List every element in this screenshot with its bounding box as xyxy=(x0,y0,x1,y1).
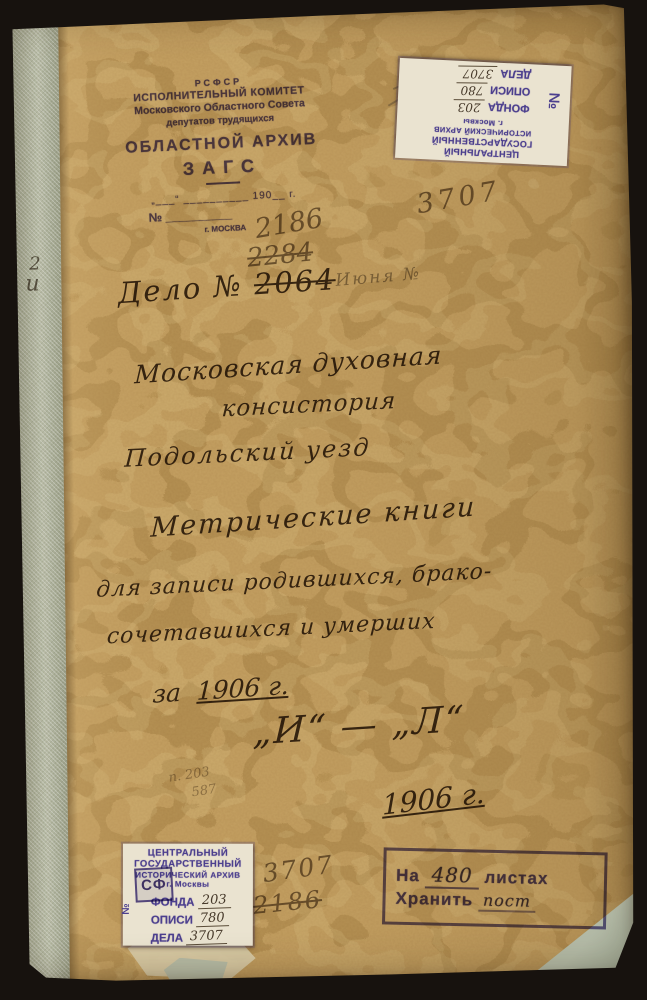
fonda-label: ФОНДА xyxy=(488,101,530,115)
sf-square-stamp: СФ xyxy=(134,867,174,903)
stamp-na: На xyxy=(396,866,420,886)
stamp-listah: листах xyxy=(484,868,548,888)
label-org-line: ЦЕНТРАЛЬНЫЙ xyxy=(123,848,253,860)
stamp-hranit: Хранить xyxy=(395,889,473,910)
keep-term-value: пост xyxy=(479,891,536,913)
delo-number-crossed: 2064 xyxy=(253,262,337,301)
archival-file-cover: 2 и РСФСР ИСПОЛНИТЕЛЬНЫЙ КОМИТЕТ Московс… xyxy=(4,2,644,986)
archive-label-top: ЦЕНТРАЛЬНЫЙ ГОСУДАРСТВЕННЫЙ ИСТОРИЧЕСКИЙ… xyxy=(395,58,572,166)
year-prefix: за xyxy=(152,678,182,709)
dela-value: 3707 xyxy=(459,66,498,82)
label-no-symbol: № xyxy=(121,903,132,914)
preservation-stamp: На 480 листах Хранить пост xyxy=(382,847,608,929)
sheet-count-value: 480 xyxy=(425,862,479,889)
dela-label: ДЕЛА xyxy=(151,933,183,945)
dela-label: ДЕЛА xyxy=(500,67,531,80)
archive-label-bottom: ЦЕНТРАЛЬНЫЙ ГОСУДАРСТВЕННЫЙ ИСТОРИЧЕСКИЙ… xyxy=(123,844,253,946)
label-no-symbol: № xyxy=(545,92,563,110)
photo-stage: 2 и РСФСР ИСПОЛНИТЕЛЬНЫЙ КОМИТЕТ Московс… xyxy=(0,0,647,1000)
stamp-rule xyxy=(206,181,240,185)
dela-value: 3707 xyxy=(186,928,228,945)
opisi-label: ОПИСИ xyxy=(151,915,193,927)
fonda-value: 203 xyxy=(197,892,230,909)
opisi-label: ОПИСИ xyxy=(490,84,531,98)
opisi-value: 780 xyxy=(196,910,229,927)
spine-ink-mark: и xyxy=(25,271,39,296)
opisi-value: 780 xyxy=(456,83,487,98)
fonda-value: 203 xyxy=(454,100,485,115)
year-value: 1906 г. xyxy=(196,671,289,706)
